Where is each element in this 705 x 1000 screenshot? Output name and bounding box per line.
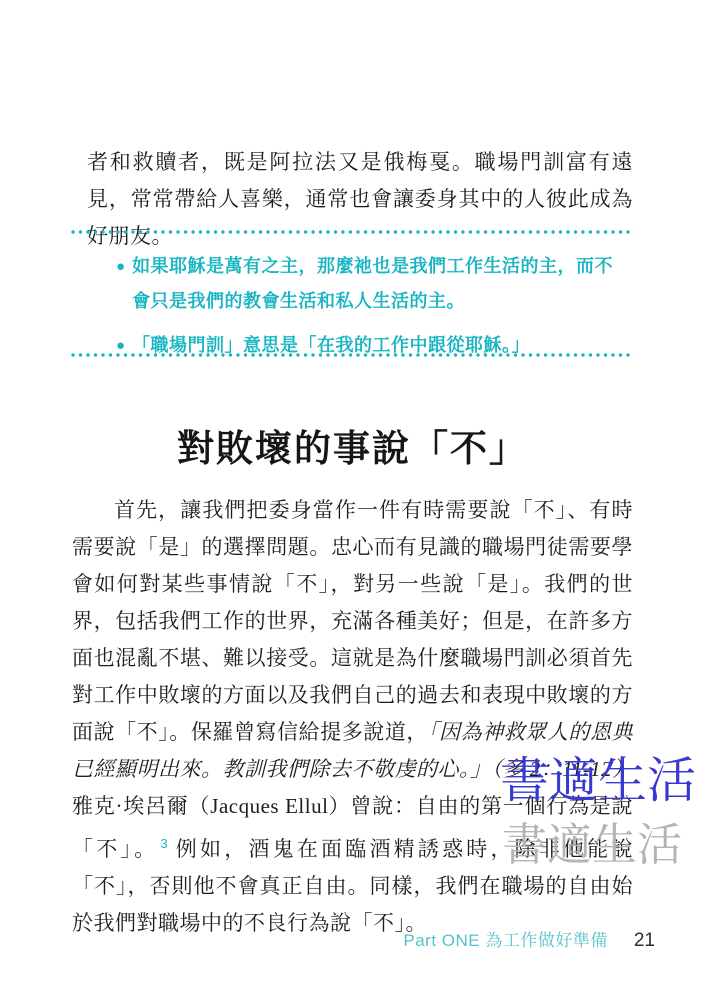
bullet-icon: ● — [116, 249, 125, 284]
footer-section-label: Part ONE 為工作做好準備 — [403, 926, 607, 951]
book-page: 者和救贖者，既是阿拉法又是俄梅戛。職場門訓富有遠見，常常帶給人喜樂，通常也會讓委… — [0, 0, 705, 1000]
footnote-ref: 3 — [160, 836, 168, 851]
dotted-divider-top — [71, 230, 634, 234]
key-point-item: ●「職場門訓」意思是「在我的工作中跟從耶穌。」 — [116, 328, 621, 363]
page-footer: Part ONE 為工作做好準備 21 — [403, 926, 655, 952]
key-points-list: ●如果耶穌是萬有之主，那麼祂也是我們工作生活的主，而不會只是我們的教會生活和私人… — [116, 249, 621, 363]
dotted-divider-bottom — [71, 353, 634, 357]
body-paragraph: 首先，讓我們把委身當作一件有時需要說「不」、有時需要說「是」的選擇問題。忠心而有… — [72, 492, 633, 942]
key-point-item: ●如果耶穌是萬有之主，那麼祂也是我們工作生活的主，而不會只是我們的教會生活和私人… — [116, 249, 621, 319]
bullet-icon: ● — [116, 328, 125, 363]
key-point-text: 「職場門訓」意思是「在我的工作中跟從耶穌。」 — [132, 328, 621, 363]
key-point-text: 如果耶穌是萬有之主，那麼祂也是我們工作生活的主，而不會只是我們的教會生活和私人生… — [132, 249, 621, 319]
intro-paragraph: 者和救贖者，既是阿拉法又是俄梅戛。職場門訓富有遠見，常常帶給人喜樂，通常也會讓委… — [87, 144, 633, 255]
footer-page-number: 21 — [634, 930, 655, 952]
section-heading: 對敗壞的事說「不」 — [0, 418, 705, 472]
body-segment-1: 首先，讓我們把委身當作一件有時需要說「不」、有時需要說「是」的選擇問題。忠心而有… — [72, 498, 633, 744]
